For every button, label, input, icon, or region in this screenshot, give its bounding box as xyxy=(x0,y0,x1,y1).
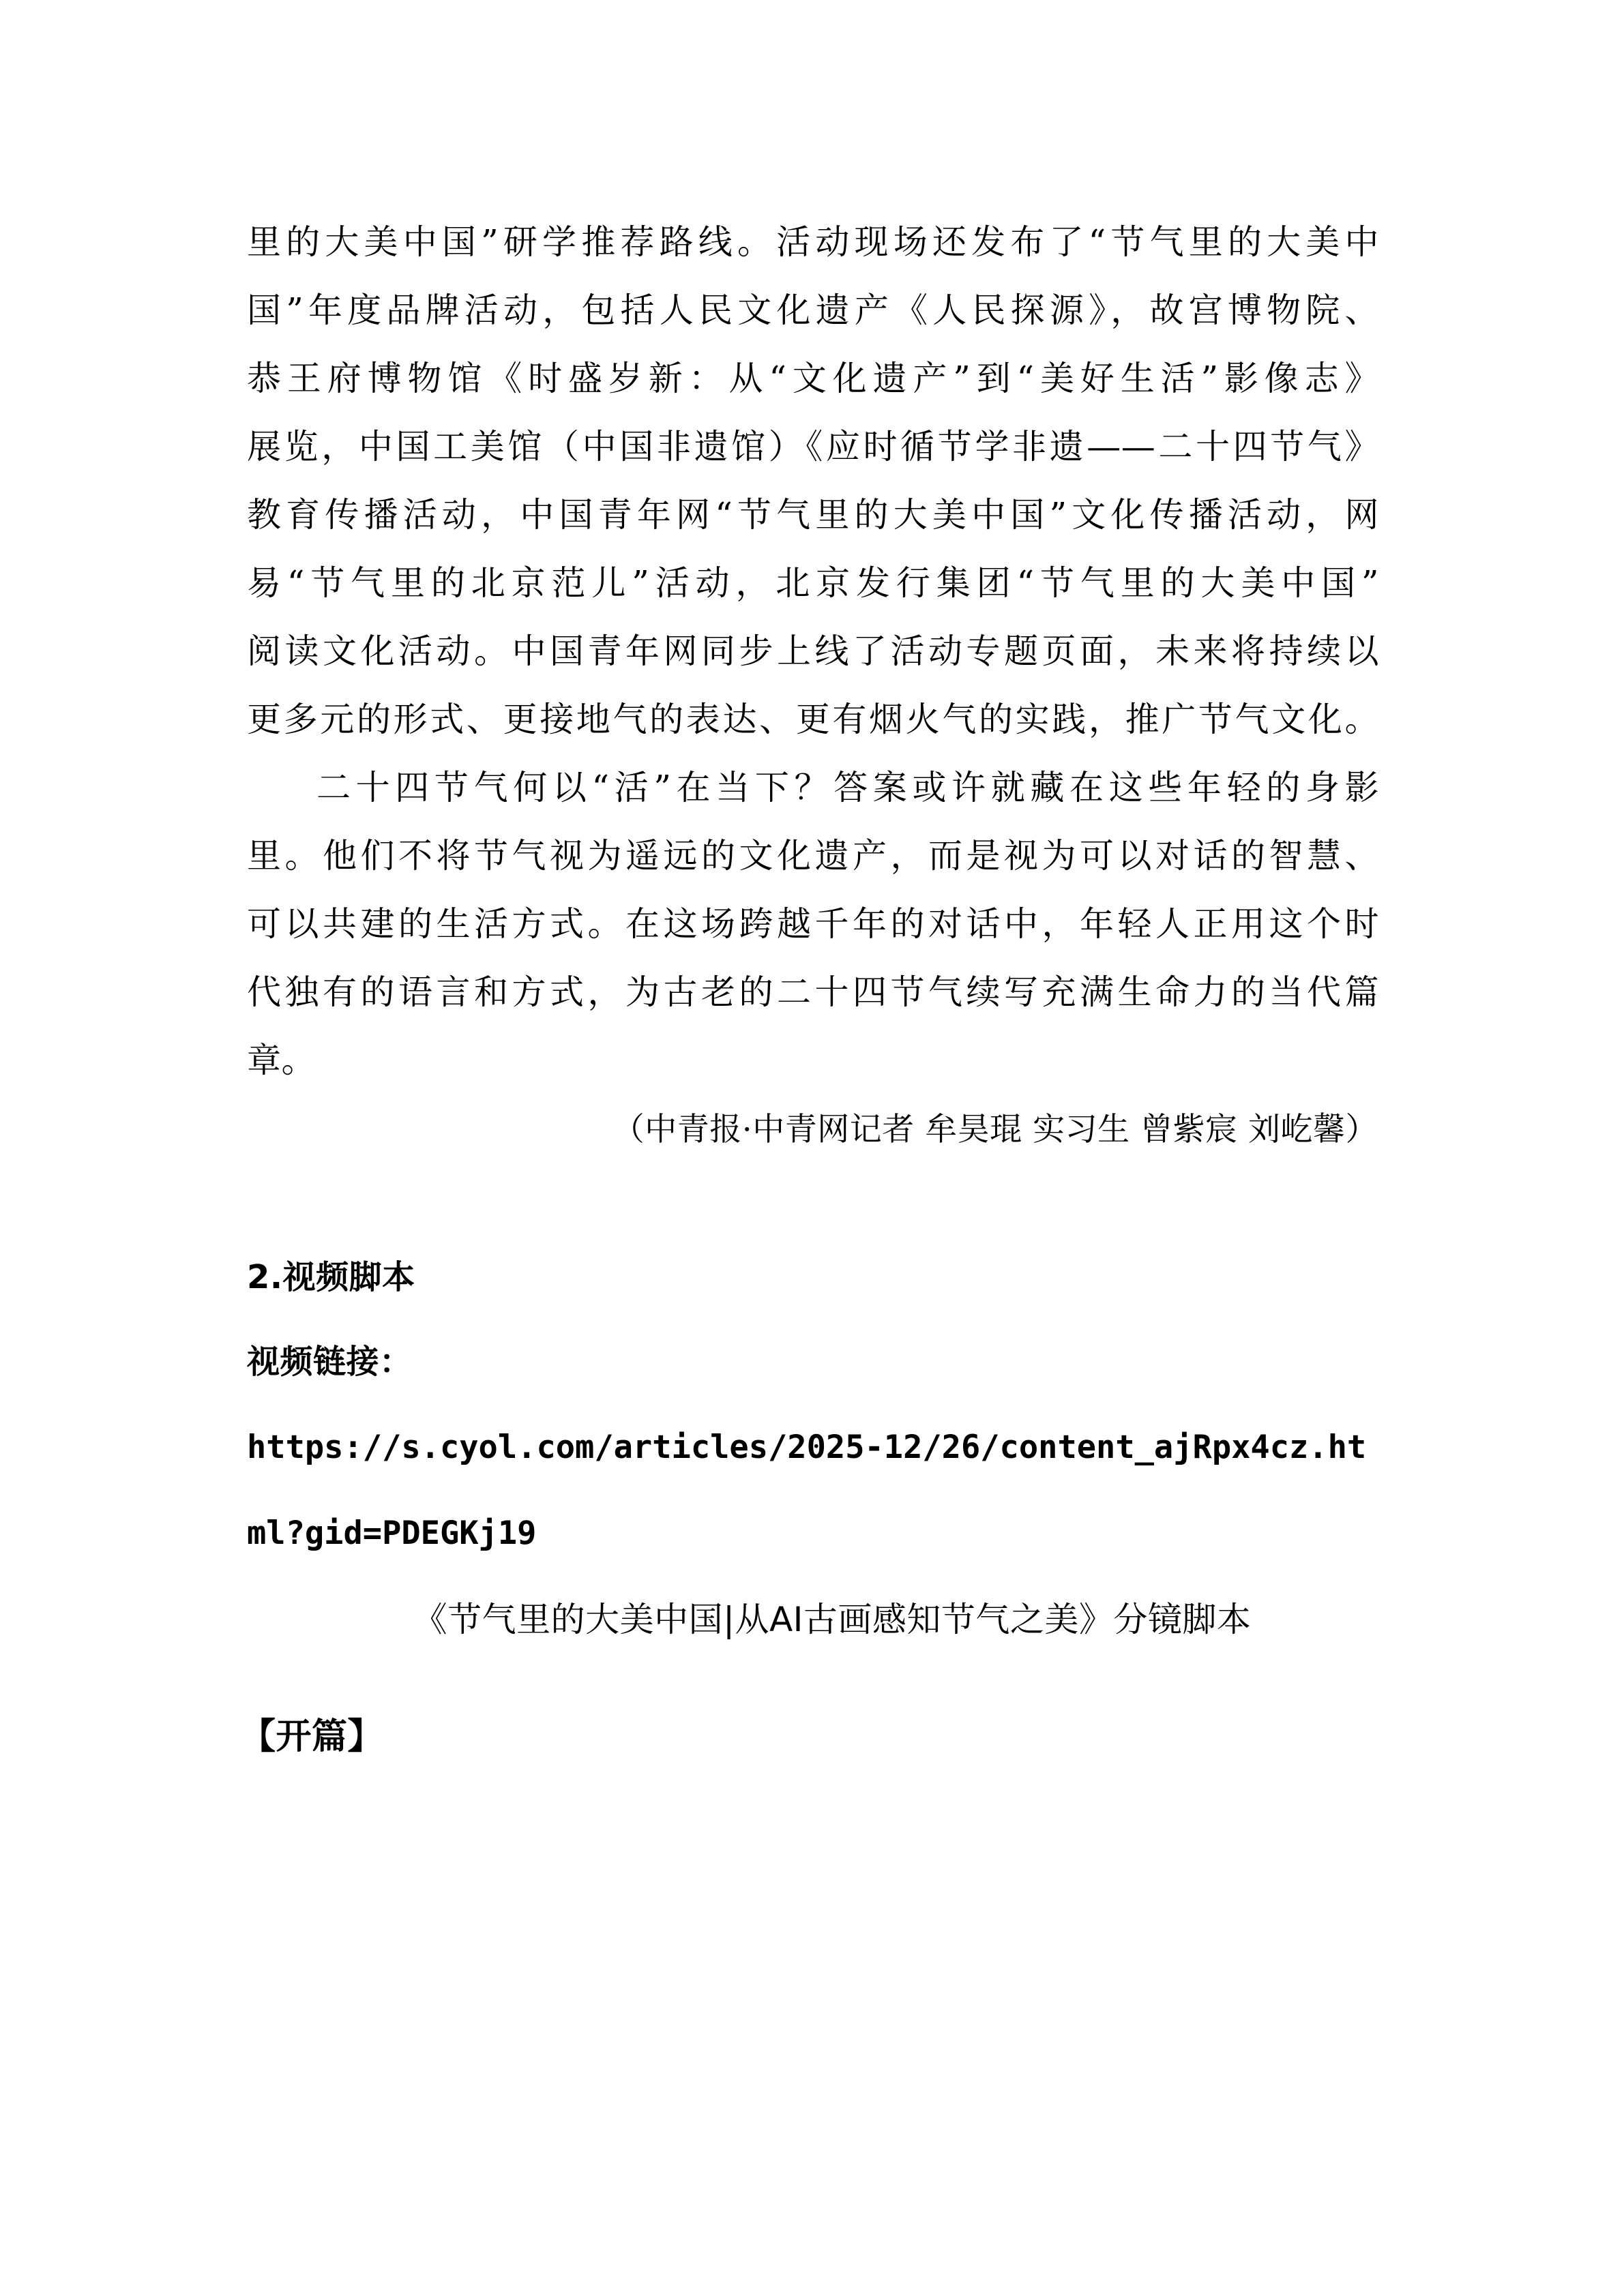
text-line: 更多元的形式、更接地气的表达、更有烟火气的实践，推广节气文化。 xyxy=(247,696,1379,743)
script-title: 《节气里的大美中国|从AI古画感知节气之美》分镜脚本 xyxy=(266,1596,1398,1643)
text-line: 阅读文化活动。中国青年网同步上线了活动专题页面，未来将持续以 xyxy=(247,627,1379,675)
text-line: 代独有的语言和方式，为古老的二十四节气续写充满生命力的当代篇 xyxy=(247,968,1379,1016)
text-line: 教育传播活动，中国青年网“节气里的大美中国”文化传播活动，网 xyxy=(247,491,1379,539)
text-line: 里的大美中国”研学推荐路线。活动现场还发布了“节气里的大美中 xyxy=(247,218,1379,266)
video-url-line-2[interactable]: ml?gid=PDEGKj19 xyxy=(247,1515,536,1552)
text-line: 章。 xyxy=(247,1037,1379,1084)
byline: （中青报·中青网记者 牟昊琨 实习生 曾紫宸 刘屹馨） xyxy=(423,1106,1378,1154)
section-tag-opening: 【开篇】 xyxy=(240,1713,1372,1761)
text-line: 里。他们不将节气视为遥远的文化遗产，而是视为可以对话的智慧、 xyxy=(247,832,1379,880)
text-line: 恭王府博物馆《时盛岁新：从“文化遗产”到“美好生活”影像志》 xyxy=(247,355,1379,402)
text-line: 国”年度品牌活动，包括人民文化遗产《人民探源》，故宫博物院、 xyxy=(247,286,1379,334)
document-page: 里的大美中国”研学推荐路线。活动现场还发布了“节气里的大美中 国”年度品牌活动，… xyxy=(0,0,1624,2296)
section-heading: 2.视频脚本 xyxy=(247,1253,1379,1301)
text-line-indented: 二十四节气何以“活”在当下？答案或许就藏在这些年轻的身影 xyxy=(316,764,1379,811)
text-line: 可以共建的生活方式。在这场跨越千年的对话中，年轻人正用这个时 xyxy=(247,900,1379,948)
video-link-label: 视频链接： xyxy=(247,1338,1379,1386)
text-line: 展览，中国工美馆（中国非遗馆）《应时循节学非遗——二十四节气》 xyxy=(247,423,1379,471)
video-url-line-1[interactable]: https://s.cyol.com/articles/2025-12/26/c… xyxy=(247,1429,1366,1466)
text-line: 易“节气里的北京范儿”活动，北京发行集团“节气里的大美中国” xyxy=(247,559,1379,607)
